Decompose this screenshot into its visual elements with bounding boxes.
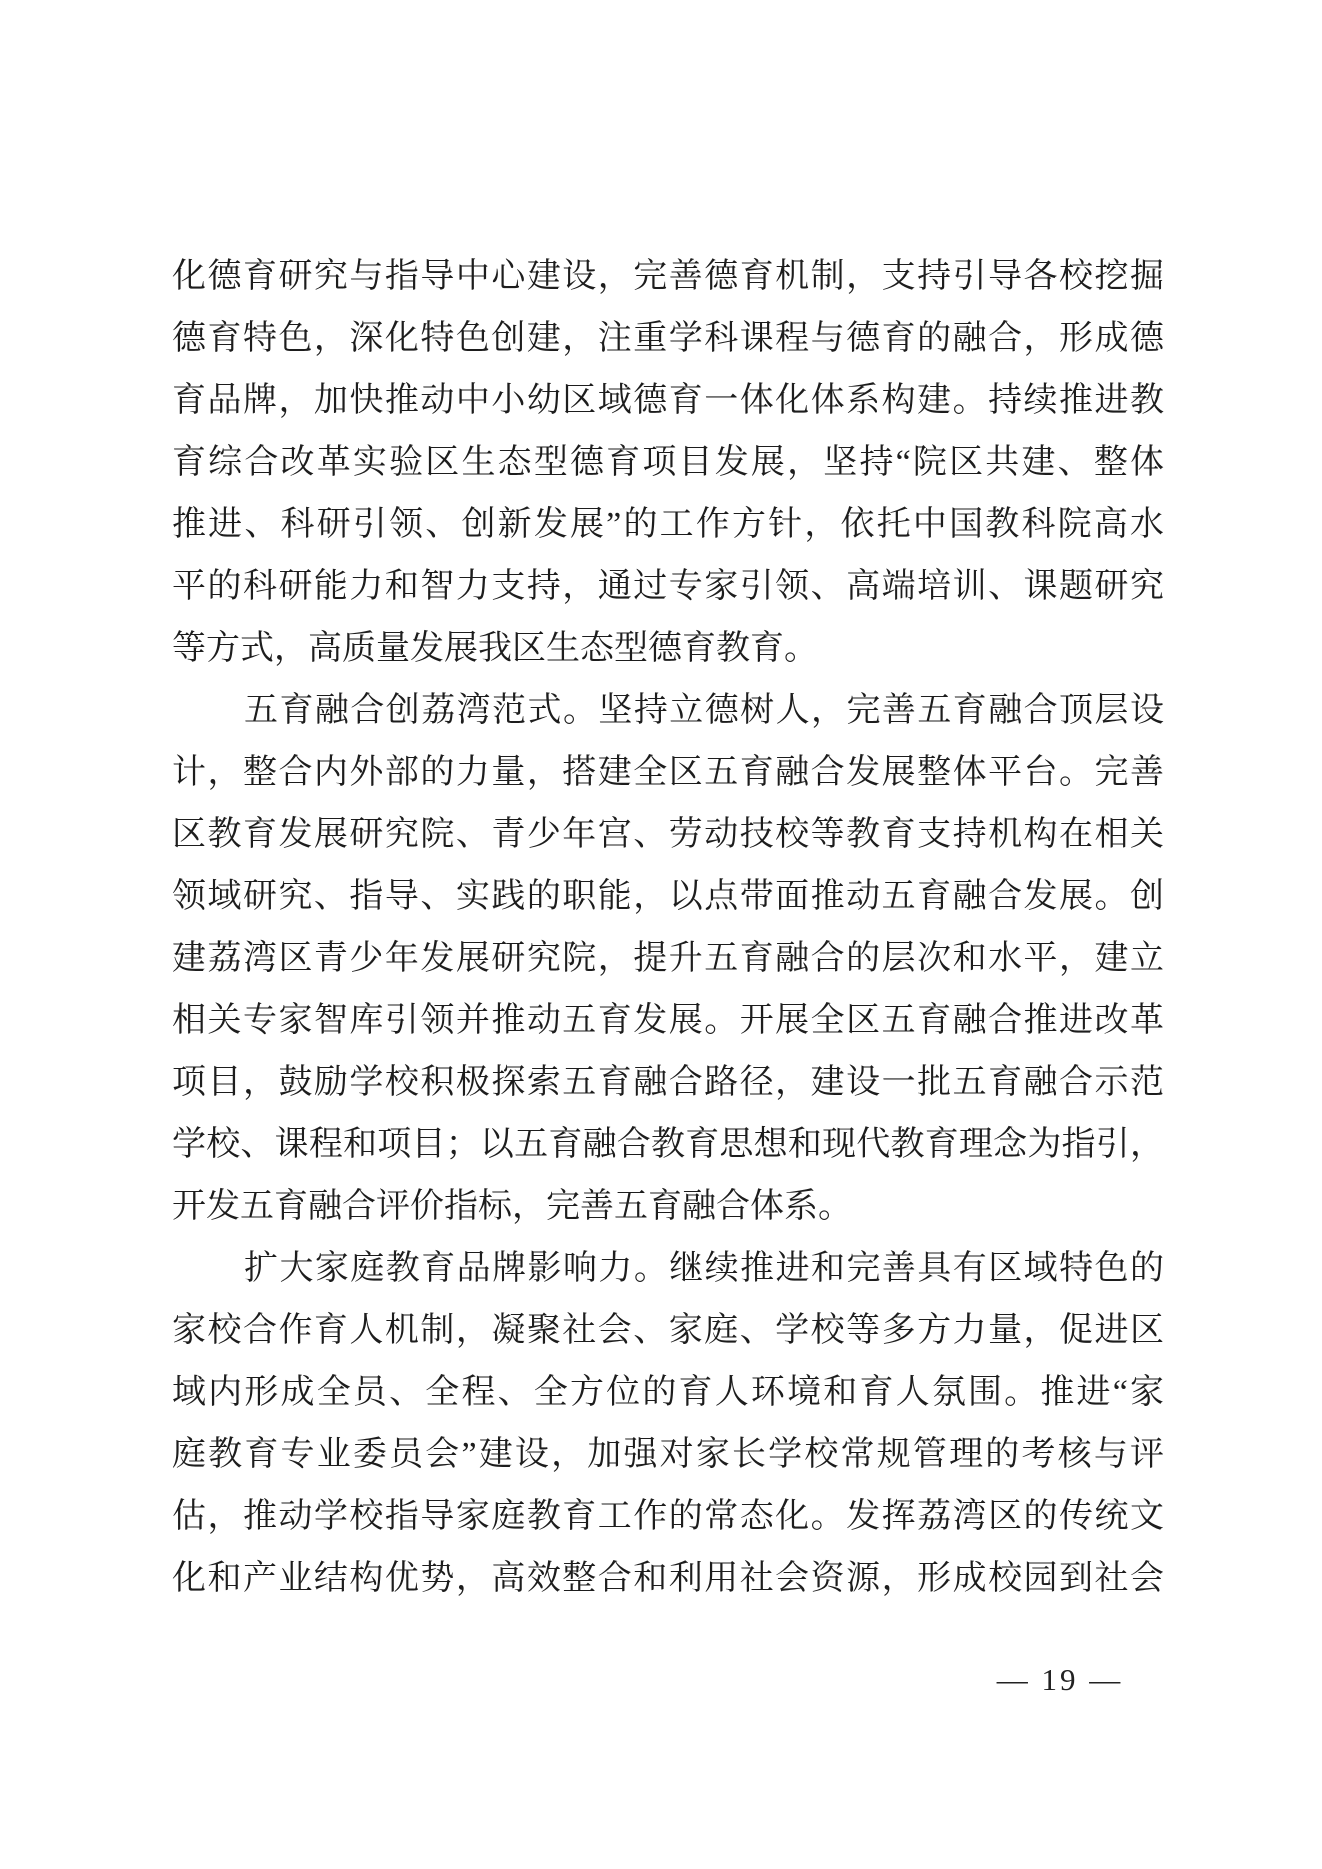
text-line: 建荔湾区青少年发展研究院，提升五育融合的层次和水平，建立 xyxy=(172,928,1164,990)
text-line: 等方式，高质量发展我区生态型德育教育。 xyxy=(172,618,1164,680)
paragraph: 五育融合创荔湾范式。坚持立德树人，完善五育融合顶层设 计，整合内外部的力量，搭建… xyxy=(172,680,1164,1238)
text-line: 家校合作育人机制，凝聚社会、家庭、学校等多方力量，促进区 xyxy=(172,1300,1164,1362)
text-line: 五育融合创荔湾范式。坚持立德树人，完善五育融合顶层设 xyxy=(172,680,1164,742)
text-line: 相关专家智库引领并推动五育发展。开展全区五育融合推进改革 xyxy=(172,990,1164,1052)
text-line: 区教育发展研究院、青少年宫、劳动技校等教育支持机构在相关 xyxy=(172,804,1164,866)
page-number: — 19 — xyxy=(950,1662,1170,1698)
text-line: 平的科研能力和智力支持，通过专家引领、高端培训、课题研究 xyxy=(172,556,1164,618)
text-line: 学校、课程和项目；以五育融合教育思想和现代教育理念为指引， xyxy=(172,1114,1164,1176)
text-line: 项目，鼓励学校积极探索五育融合路径，建设一批五育融合示范 xyxy=(172,1052,1164,1114)
text-line: 计，整合内外部的力量，搭建全区五育融合发展整体平台。完善 xyxy=(172,742,1164,804)
text-line: 推进、科研引领、创新发展”的工作方针，依托中国教科院高水 xyxy=(172,494,1164,556)
document-page: 化德育研究与指导中心建设，完善德育机制，支持引导各校挖掘 德育特色，深化特色创建… xyxy=(0,0,1322,1869)
paragraph: 化德育研究与指导中心建设，完善德育机制，支持引导各校挖掘 德育特色，深化特色创建… xyxy=(172,246,1164,680)
text-line: 庭教育专业委员会”建设，加强对家长学校常规管理的考核与评 xyxy=(172,1424,1164,1486)
text-line: 扩大家庭教育品牌影响力。继续推进和完善具有区域特色的 xyxy=(172,1238,1164,1300)
text-line: 育综合改革实验区生态型德育项目发展，坚持“院区共建、整体 xyxy=(172,432,1164,494)
text-line: 开发五育融合评价指标，完善五育融合体系。 xyxy=(172,1176,1164,1238)
text-line: 域内形成全员、全程、全方位的育人环境和育人氛围。推进“家 xyxy=(172,1362,1164,1424)
text-line: 育品牌，加快推动中小幼区域德育一体化体系构建。持续推进教 xyxy=(172,370,1164,432)
text-line: 化和产业结构优势，高效整合和利用社会资源，形成校园到社会 xyxy=(172,1548,1164,1610)
text-line: 领域研究、指导、实践的职能，以点带面推动五育融合发展。创 xyxy=(172,866,1164,928)
text-line: 估，推动学校指导家庭教育工作的常态化。发挥荔湾区的传统文 xyxy=(172,1486,1164,1548)
document-body: 化德育研究与指导中心建设，完善德育机制，支持引导各校挖掘 德育特色，深化特色创建… xyxy=(172,246,1164,1610)
text-line: 化德育研究与指导中心建设，完善德育机制，支持引导各校挖掘 xyxy=(172,246,1164,308)
text-line: 德育特色，深化特色创建，注重学科课程与德育的融合，形成德 xyxy=(172,308,1164,370)
paragraph: 扩大家庭教育品牌影响力。继续推进和完善具有区域特色的 家校合作育人机制，凝聚社会… xyxy=(172,1238,1164,1610)
